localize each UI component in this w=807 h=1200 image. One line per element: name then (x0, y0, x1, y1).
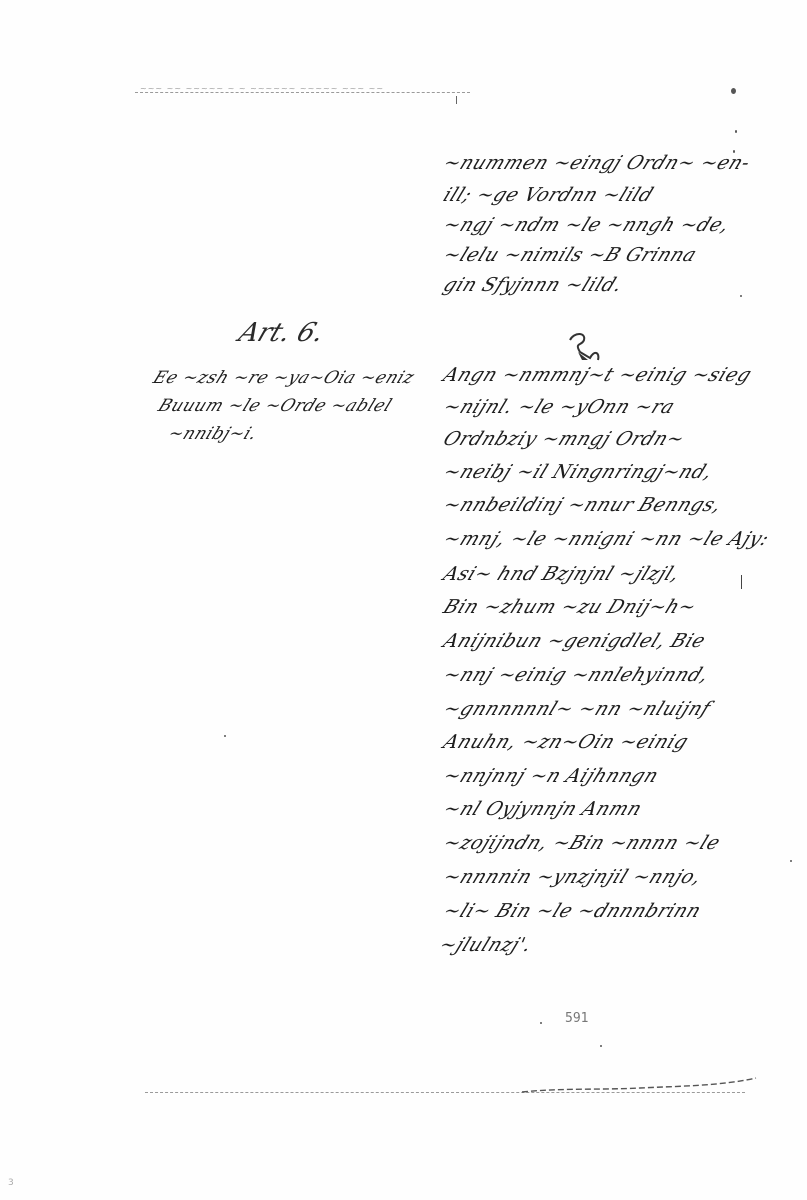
speck (735, 130, 737, 133)
text-line: Asi~ hnd Bzjnjnl ~jlzjl, (440, 563, 683, 585)
page-number: 591 (565, 1011, 588, 1026)
text-line: Ordnbziy ~mngj Ordn~ (440, 428, 688, 450)
manuscript-page: ~~~ ~~ ~~~~~ ~ ~ ~~~~~~ ~~~~~ ~~~ ~~ ~nu… (0, 0, 807, 1200)
margin-bar (741, 575, 742, 589)
text-line: ~lelu ~nimils ~B Grinna (440, 244, 700, 266)
header-marginalia: ~~~ ~~ ~~~~~ ~ ~ ~~~~~~ ~~~~~ ~~~ ~~ (140, 84, 384, 93)
text-line: Buuum ~le ~Orde ~ablel (155, 396, 395, 416)
speck (540, 1022, 542, 1024)
text-line: Bin ~zhum ~zu Dnij~h~ (440, 596, 700, 618)
bottom-flourish-icon (520, 1074, 760, 1096)
text-line: ~nnj ~einig ~nnlehyinnd, (440, 664, 712, 686)
text-line: ~zojijndn, ~Bin ~nnnn ~le (440, 832, 724, 854)
text-line: ~nnbeildinj ~nnur Benngs, (440, 494, 725, 516)
text-line: gin Sfyjnnn ~lild. (440, 274, 626, 296)
text-line: ~nl Oyjynnjn Anmn (440, 798, 645, 820)
text-line: ~nummen ~eingj Ordn~ ~en- (440, 152, 754, 174)
corner-blot (731, 88, 736, 94)
text-line: Anuhn, ~zn~Oin ~einig (440, 731, 692, 753)
speck (740, 295, 742, 297)
speck (600, 1045, 602, 1047)
text-line: ~gnnnnnnl~ ~nn ~nluijnf (440, 698, 714, 720)
text-line: ~neibj ~il Ningnringj~nd, (440, 461, 716, 483)
text-line: ~li~ Bin ~le ~dnnnbrinn (440, 900, 705, 922)
text-line: ~ngj ~ndm ~le ~nngh ~de, (440, 214, 733, 236)
text-line: ~nnnnin ~ynzjnjil ~nnjo, (440, 866, 705, 888)
text-line: ill; ~ge Vordnn ~lild (440, 184, 657, 206)
text-line: ~nijnl. ~le ~yOnn ~ra (440, 396, 678, 418)
text-line: Ee ~zsh ~re ~ya~Oia ~eniz (150, 368, 417, 388)
text-line: Angn ~nmmnj~t ~einig ~sieg (440, 364, 755, 386)
text-line: ~nnjnnj ~n Aijhnngn (440, 765, 662, 787)
text-line: Anijnibun ~genigdlel, Bie (440, 630, 709, 652)
header-tick (456, 96, 457, 104)
text-line: ~mnj, ~le ~nnigni ~nn ~le Ajy: (440, 528, 773, 550)
text-line: ~jlulnzj'. (436, 934, 535, 956)
speck (224, 735, 226, 737)
article-heading: Art. 6. (235, 318, 329, 348)
speck (790, 860, 792, 862)
corner-mark: 3 (8, 1178, 14, 1188)
text-line: ~nnibj~i. (165, 424, 260, 444)
speck (733, 150, 735, 153)
